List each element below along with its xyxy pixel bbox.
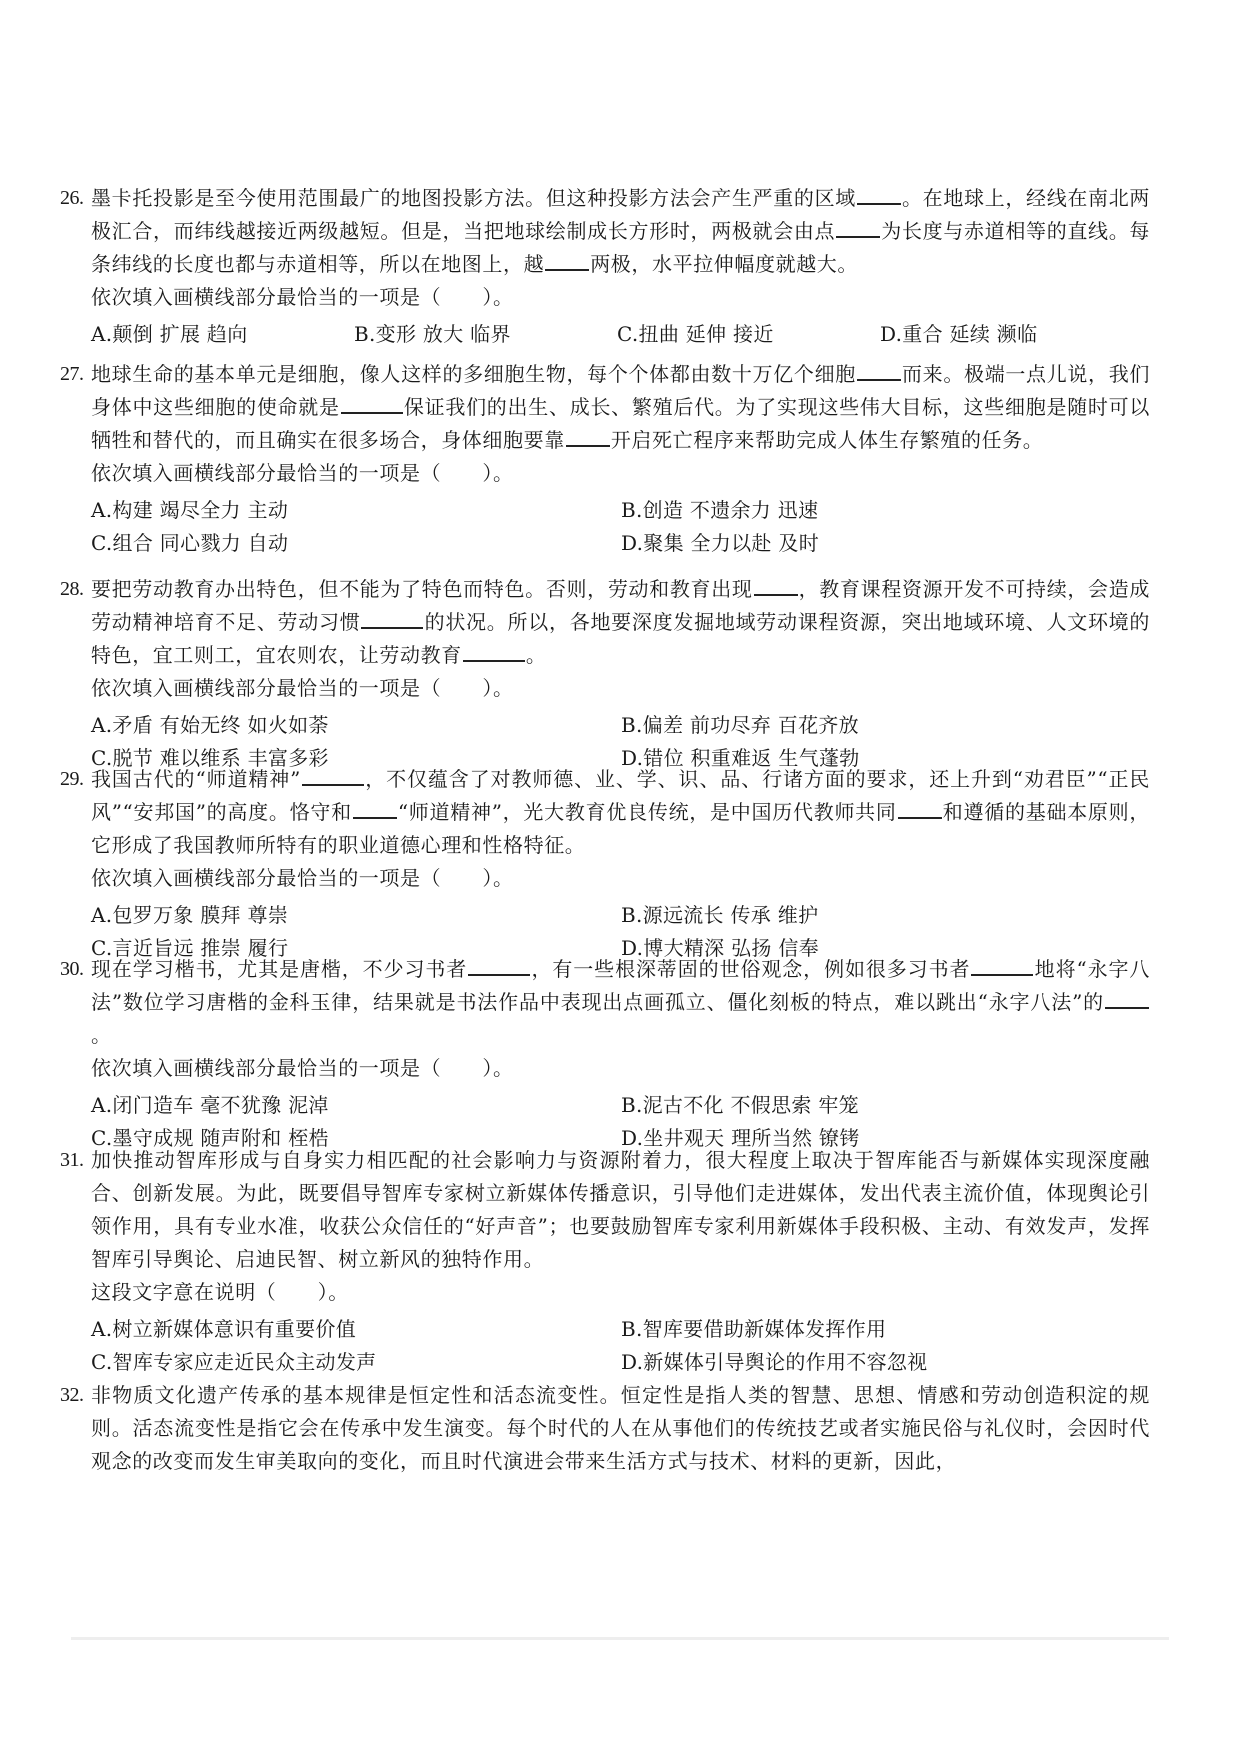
option-d[interactable]: D.聚集 全力以赴 及时 [621,527,1151,560]
question-prompt: 依次填入画横线部分最恰当的一项是（ ）。 [91,672,1150,705]
text-segment: 。 [91,1023,112,1047]
fill-blank [302,764,364,786]
question-text: 我国古代的“师道精神”，不仅蕴含了对教师德、业、学、识、品、行诸方面的要求，还上… [91,763,1150,862]
option-b[interactable]: B.泥古不化 不假思索 牢笼 [621,1089,1151,1122]
question-stem: 30.现在学习楷书，尤其是唐楷，不少习书者，有一些根深蒂固的世俗观念，例如很多习… [60,953,1150,1052]
fill-blank [898,797,942,819]
question-number: 29. [60,763,91,796]
option-a[interactable]: A.包罗万象 膜拜 尊崇 [91,899,621,932]
text-segment: 要把劳动教育办出特色，但不能为了特色而特色。否则，劳动和教育出现 [91,577,753,601]
text-segment: 开启死亡程序来帮助完成人体生存繁殖的任务。 [611,428,1044,452]
question-text: 要把劳动教育办出特色，但不能为了特色而特色。否则，劳动和教育出现，教育课程资源开… [91,573,1150,672]
option-d[interactable]: D.重合 延续 濒临 [880,318,1143,351]
question-30: 30.现在学习楷书，尤其是唐楷，不少习书者，有一些根深蒂固的世俗观念，例如很多习… [60,953,1150,1155]
option-d[interactable]: D.新媒体引导舆论的作用不容忽视 [621,1346,1151,1379]
fill-blank [836,216,880,238]
question-prompt: 依次填入画横线部分最恰当的一项是（ ）。 [91,862,1150,895]
fill-blank [463,640,525,662]
text-segment: 非物质文化遗产传承的基本规律是恒定性和活态流变性。恒定性是指人类的智慧、思想、情… [91,1383,1150,1473]
text-segment: “师道精神”，光大教育优良传统，是中国历代教师共同 [398,800,897,824]
option-a[interactable]: A.矛盾 有始无终 如火如荼 [91,709,621,742]
question-prompt: 依次填入画横线部分最恰当的一项是（ ）。 [91,457,1150,490]
text-segment: 加快推动智库形成与自身实力相匹配的社会影响力与资源附着力，很大程度上取决于智库能… [91,1148,1150,1271]
fill-blank [857,183,901,205]
fill-blank [566,425,610,447]
question-number: 31. [60,1144,91,1177]
answer-options: A.颠倒 扩展 趋向B.变形 放大 临界C.扭曲 延伸 接近D.重合 延续 濒临 [91,318,1150,351]
question-28: 28.要把劳动教育办出特色，但不能为了特色而特色。否则，劳动和教育出现，教育课程… [60,573,1150,775]
option-b[interactable]: B.偏差 前功尽弃 百花齐放 [621,709,1151,742]
fill-blank [971,954,1033,976]
question-27: 27.地球生命的基本单元是细胞，像人这样的多细胞生物，每个个体都由数十万亿个细胞… [60,358,1150,560]
fill-blank [341,392,403,414]
question-29: 29.我国古代的“师道精神”，不仅蕴含了对教师德、业、学、识、品、行诸方面的要求… [60,763,1150,965]
option-c[interactable]: C.扭曲 延伸 接近 [617,318,880,351]
text-segment: 。 [526,643,547,667]
fill-blank [353,797,397,819]
question-number: 27. [60,358,91,391]
text-segment: 我国古代的“师道精神” [91,767,301,791]
question-number: 28. [60,573,91,606]
option-a[interactable]: A.树立新媒体意识有重要价值 [91,1313,621,1346]
question-text: 地球生命的基本单元是细胞，像人这样的多细胞生物，每个个体都由数十万亿个细胞而来。… [91,358,1150,457]
option-b[interactable]: B.源远流长 传承 维护 [621,899,1151,932]
question-prompt: 这段文字意在说明（ ）。 [91,1276,1150,1309]
question-stem: 29.我国古代的“师道精神”，不仅蕴含了对教师德、业、学、识、品、行诸方面的要求… [60,763,1150,862]
question-26: 26.墨卡托投影是至今使用范围最广的地图投影方法。但这种投影方法会产生严重的区域… [60,182,1150,351]
question-31: 31.加快推动智库形成与自身实力相匹配的社会影响力与资源附着力，很大程度上取决于… [60,1144,1150,1379]
question-prompt: 依次填入画横线部分最恰当的一项是（ ）。 [91,1052,1150,1085]
option-a[interactable]: A.构建 竭尽全力 主动 [91,494,621,527]
text-segment: ，有一些根深蒂固的世俗观念，例如很多习书者 [531,957,970,981]
question-stem: 31.加快推动智库形成与自身实力相匹配的社会影响力与资源附着力，很大程度上取决于… [60,1144,1150,1276]
page-divider [71,1637,1169,1640]
question-number: 30. [60,953,91,986]
question-prompt: 依次填入画横线部分最恰当的一项是（ ）。 [91,281,1150,314]
text-segment: 地球生命的基本单元是细胞，像人这样的多细胞生物，每个个体都由数十万亿个细胞 [91,362,856,386]
fill-blank [468,954,530,976]
answer-options: A.树立新媒体意识有重要价值B.智库要借助新媒体发挥作用C.智库专家应走近民众主… [91,1313,1150,1379]
fill-blank [361,607,423,629]
question-stem: 32.非物质文化遗产传承的基本规律是恒定性和活态流变性。恒定性是指人类的智慧、思… [60,1379,1150,1478]
question-text: 非物质文化遗产传承的基本规律是恒定性和活态流变性。恒定性是指人类的智慧、思想、情… [91,1379,1150,1478]
text-segment: 现在学习楷书，尤其是唐楷，不少习书者 [91,957,467,981]
option-a[interactable]: A.颠倒 扩展 趋向 [91,318,354,351]
option-c[interactable]: C.智库专家应走近民众主动发声 [91,1346,621,1379]
option-c[interactable]: C.组合 同心戮力 自动 [91,527,621,560]
option-b[interactable]: B.智库要借助新媒体发挥作用 [621,1313,1151,1346]
fill-blank [754,574,798,596]
option-b[interactable]: B.创造 不遗余力 迅速 [621,494,1151,527]
question-text: 墨卡托投影是至今使用范围最广的地图投影方法。但这种投影方法会产生严重的区域。在地… [91,182,1150,281]
exam-page: 26.墨卡托投影是至今使用范围最广的地图投影方法。但这种投影方法会产生严重的区域… [0,0,1240,1754]
question-stem: 27.地球生命的基本单元是细胞，像人这样的多细胞生物，每个个体都由数十万亿个细胞… [60,358,1150,457]
text-segment: 墨卡托投影是至今使用范围最广的地图投影方法。但这种投影方法会产生严重的区域 [91,186,856,210]
question-stem: 26.墨卡托投影是至今使用范围最广的地图投影方法。但这种投影方法会产生严重的区域… [60,182,1150,281]
question-stem: 28.要把劳动教育办出特色，但不能为了特色而特色。否则，劳动和教育出现，教育课程… [60,573,1150,672]
question-number: 26. [60,182,91,215]
option-a[interactable]: A.闭门造车 毫不犹豫 泥淖 [91,1089,621,1122]
option-b[interactable]: B.变形 放大 临界 [354,318,617,351]
question-number: 32. [60,1379,91,1412]
question-32: 32.非物质文化遗产传承的基本规律是恒定性和活态流变性。恒定性是指人类的智慧、思… [60,1379,1150,1478]
fill-blank [1105,987,1149,1009]
fill-blank [545,249,589,271]
text-segment: 两极，水平拉伸幅度就越大。 [590,252,858,276]
answer-options: A.构建 竭尽全力 主动B.创造 不遗余力 迅速C.组合 同心戮力 自动D.聚集… [91,494,1150,560]
question-text: 加快推动智库形成与自身实力相匹配的社会影响力与资源附着力，很大程度上取决于智库能… [91,1144,1150,1276]
question-text: 现在学习楷书，尤其是唐楷，不少习书者，有一些根深蒂固的世俗观念，例如很多习书者地… [91,953,1150,1052]
fill-blank [857,359,901,381]
